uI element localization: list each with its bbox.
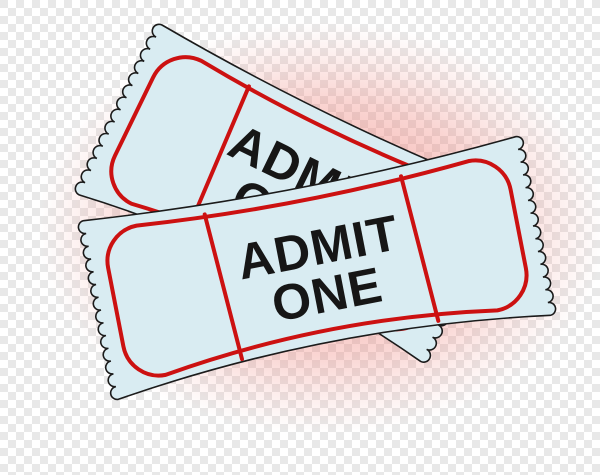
ticket-illustration: ADMIT ONE ADMIT ONE — [0, 0, 600, 475]
transparency-checkerboard: ADMIT ONE ADMIT ONE — [0, 0, 600, 475]
